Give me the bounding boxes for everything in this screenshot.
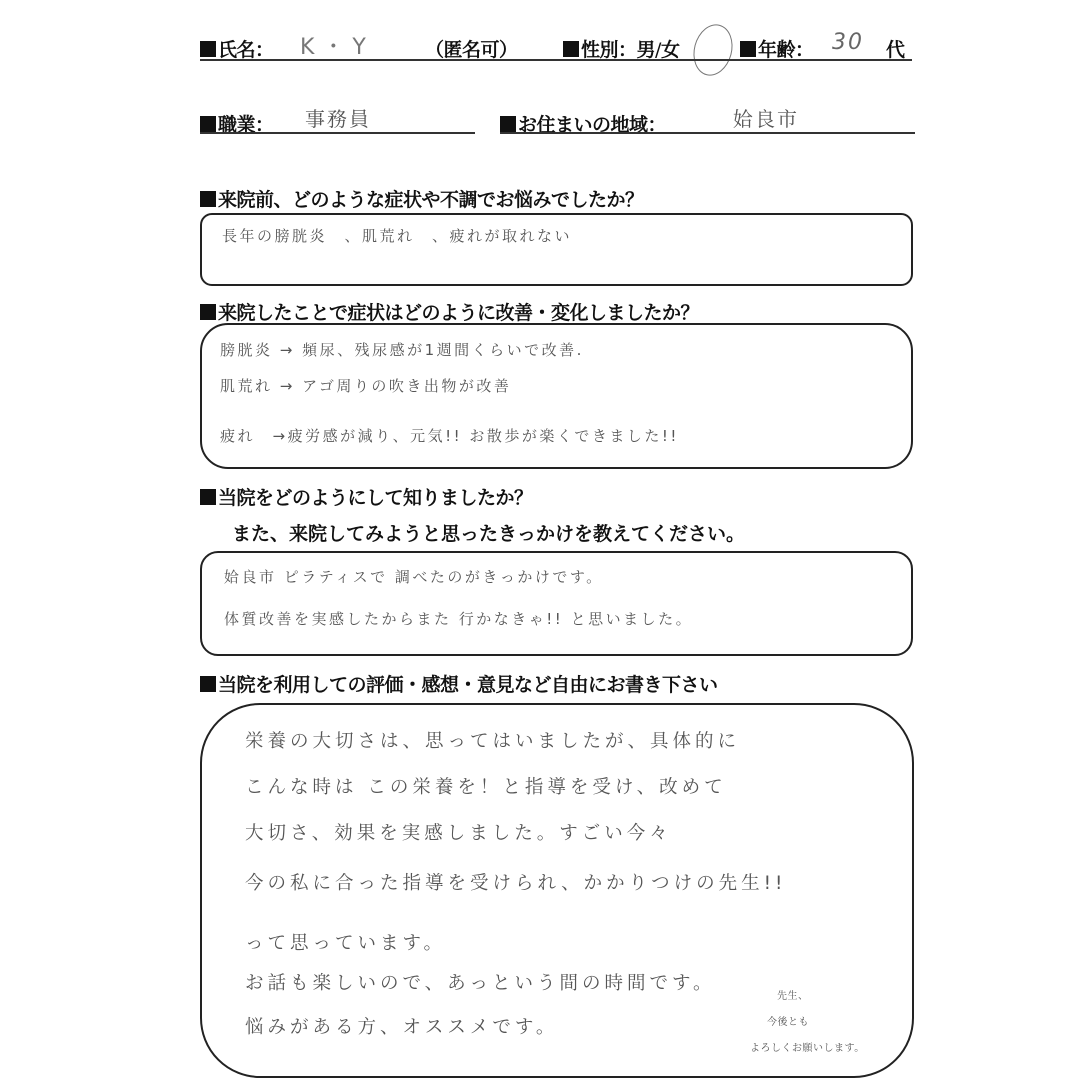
age-suffix: 代 <box>886 35 905 62</box>
side-note-line: よろしくお願いします。 <box>750 1039 865 1054</box>
answer-line: 肌荒れ → アゴ周りの吹き出物が改善 <box>220 375 511 396</box>
bullet-square-icon <box>200 191 216 207</box>
header-row1-underline <box>200 59 912 61</box>
section-2-answer-box: 膀胱炎 → 頻尿、残尿感が1週間くらいで改善. 肌荒れ → アゴ周りの吹き出物が… <box>200 323 913 469</box>
bullet-square-icon <box>200 676 216 692</box>
bullet-square-icon <box>200 116 216 132</box>
answer-line: 悩みがある方、オススメです。 <box>245 1013 558 1039</box>
answer-line: って思っています。 <box>245 929 446 955</box>
anonymous-note: （匿名可） <box>425 35 518 62</box>
gender-label: 性別： <box>581 39 637 61</box>
section-4-answer-box: 栄養の大切さは、思ってはいましたが、具体的に こんな時は この栄養を！と指導を受… <box>200 703 914 1078</box>
name-value: K・Y <box>300 30 374 61</box>
age-value: 30 <box>832 30 864 55</box>
section-1-answer-box: 長年の膀胱炎 、肌荒れ 、疲れが取れない <box>200 213 913 286</box>
gender-option-female[interactable]: 女 <box>661 39 680 61</box>
occupation-underline <box>200 132 475 134</box>
section-3-question-line2: また、来院してみようと思ったきっかけを教えてください。 <box>232 519 745 546</box>
answer-line: 今の私に合った指導を受けられ、かかりつけの先生!! <box>245 869 786 895</box>
bullet-square-icon <box>200 41 216 57</box>
residence-value: 姶良市 <box>733 103 799 132</box>
occupation-value: 事務員 <box>305 103 371 132</box>
gender-selection-circle <box>688 20 738 80</box>
section-2-question: 来院したことで症状はどのように改善・変化しましたか？ <box>200 298 699 325</box>
residence-underline <box>500 132 915 134</box>
gender-field: 性別：男/女 <box>563 35 679 62</box>
name-field: 氏名： <box>200 35 274 62</box>
bullet-square-icon <box>200 489 216 505</box>
answer-line: 栄養の大切さは、思ってはいましたが、具体的に <box>245 727 740 753</box>
answer-line: お話も楽しいので、あっという間の時間です。 <box>245 969 715 995</box>
section-1-question: 来院前、どのような症状や不調でお悩みでしたか？ <box>200 185 644 212</box>
answer-line: 長年の膀胱炎 、肌荒れ 、疲れが取れない <box>222 225 572 246</box>
side-note-line: 今後とも <box>767 1013 809 1028</box>
age-field: 年齢： <box>740 35 814 62</box>
answer-line: 体質改善を実感したからまた 行かなきゃ!! と思いました。 <box>224 608 693 629</box>
answer-line: 疲れ →疲労感が減り、元気!! お散歩が楽くできました!! <box>220 425 679 446</box>
section-4-question: 当院を利用しての評価・感想・意見など自由にお書き下さい <box>200 670 718 697</box>
section-3-question: 当院をどのようにして知りましたか？ <box>200 483 533 510</box>
bullet-square-icon <box>200 304 216 320</box>
bullet-square-icon <box>500 116 516 132</box>
answer-line: 大切さ、効果を実感しました。すごい今々 <box>245 819 672 845</box>
name-label: 氏名： <box>218 39 274 61</box>
age-label: 年齢： <box>758 39 814 61</box>
section-3-answer-box: 姶良市 ピラティスで 調べたのがきっかけです。 体質改善を実感したからまた 行か… <box>200 551 913 656</box>
answer-line: 膀胱炎 → 頻尿、残尿感が1週間くらいで改善. <box>220 339 584 360</box>
gender-option-male[interactable]: 男 <box>637 39 656 61</box>
answer-line: 姶良市 ピラティスで 調べたのがきっかけです。 <box>224 566 604 587</box>
bullet-square-icon <box>563 41 579 57</box>
side-note-line: 先生、 <box>777 987 809 1002</box>
answer-line: こんな時は この栄養を！と指導を受け、改めて <box>245 773 727 799</box>
bullet-square-icon <box>740 41 756 57</box>
